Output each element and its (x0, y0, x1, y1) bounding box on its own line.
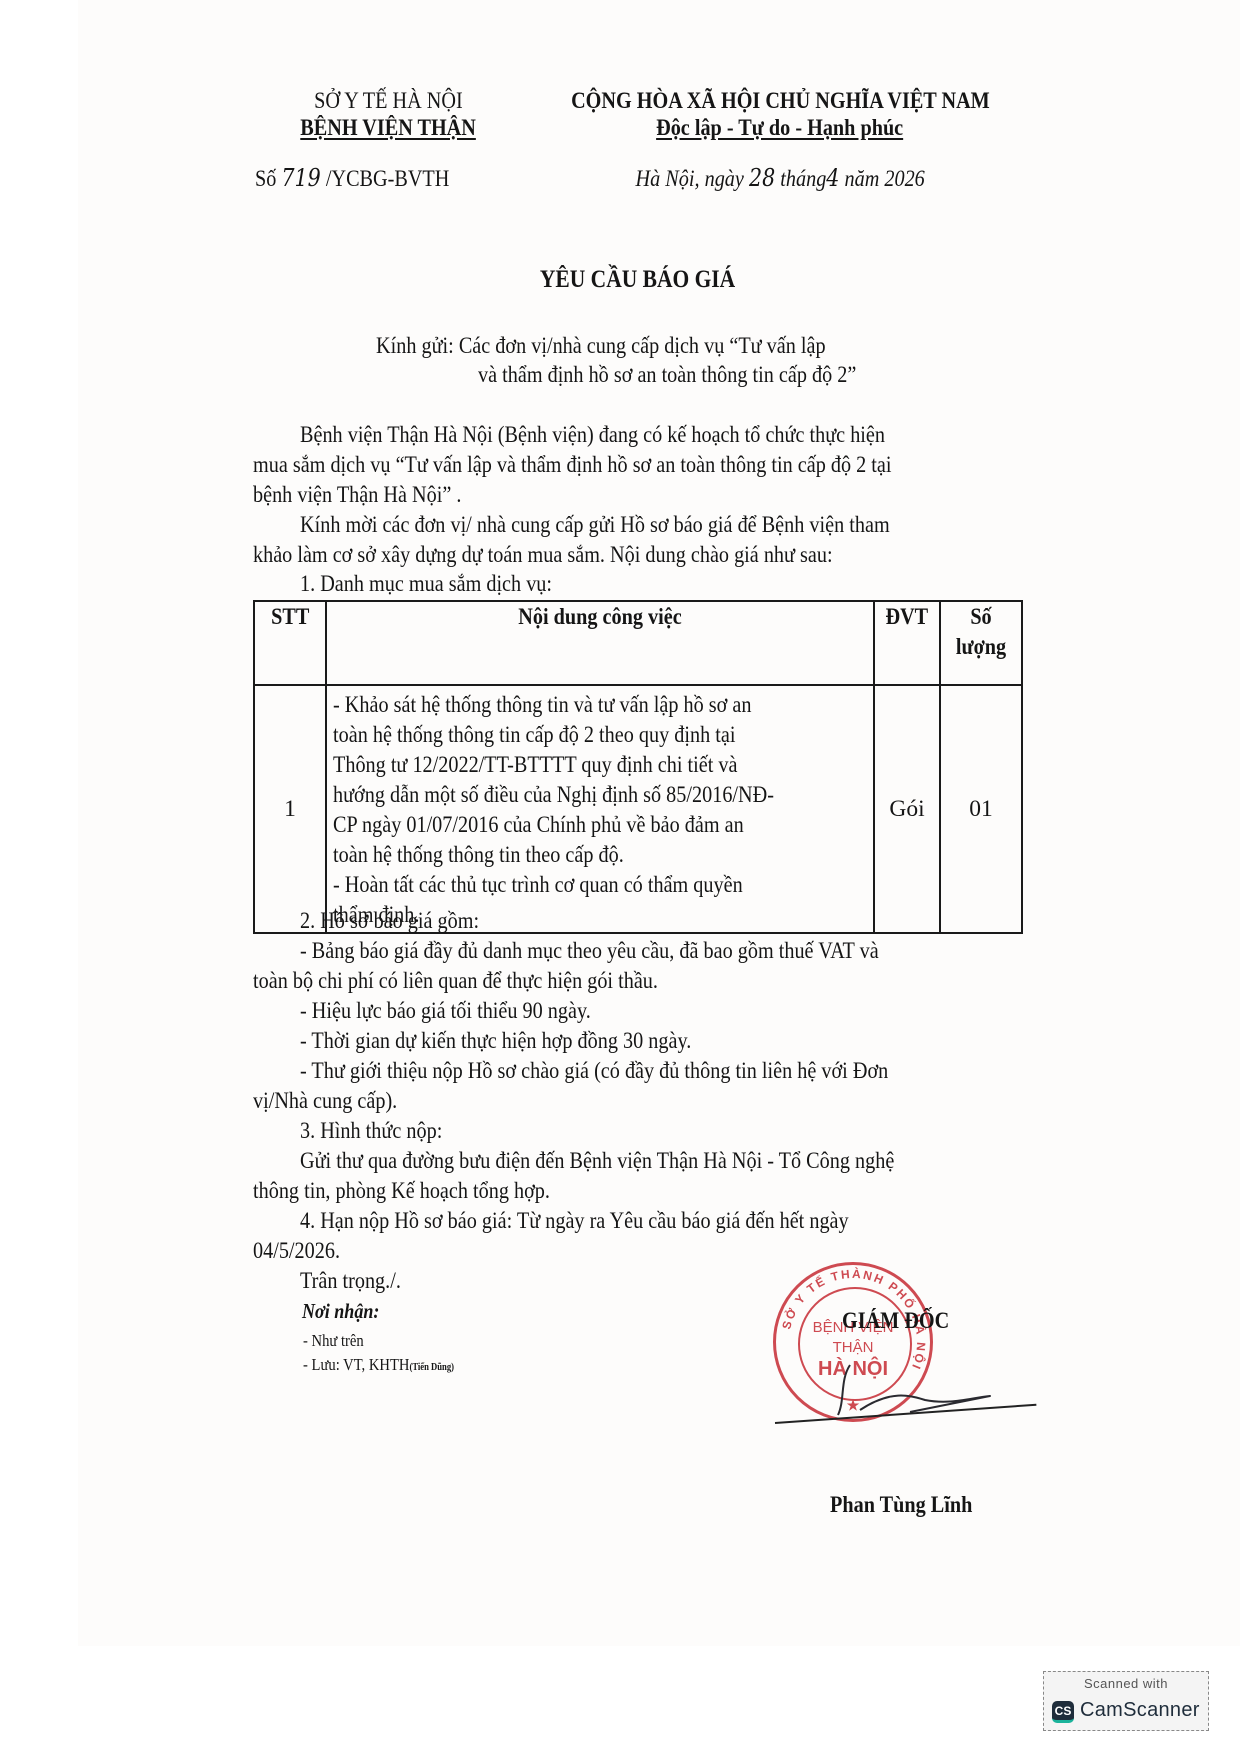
text-line: 4. Hạn nộp Hồ sơ báo giá: Từ ngày ra Yêu… (300, 1206, 849, 1236)
text-line: - Thời gian dự kiến thực hiện hợp đồng 3… (300, 1026, 691, 1056)
section2-item3: - Thời gian dự kiến thực hiện hợp đồng 3… (300, 1026, 755, 1056)
recipient-line-1: Các đơn vị/nhà cung cấp dịch vụ “Tư vấn … (459, 333, 826, 359)
signatory-name: Phan Tùng Lĩnh (830, 1490, 995, 1520)
section2-item2: - Hiệu lực báo giá tối thiểu 90 ngày. (300, 996, 638, 1026)
cell-description: - Khảo sát hệ thống thông tin và tư vấn … (326, 685, 874, 933)
header-stt: STT (254, 601, 326, 685)
text-line: Nơi nhận: (302, 1299, 379, 1324)
recipient-block: Kính gửi: Các đơn vị/nhà cung cấp dịch v… (376, 331, 899, 361)
section2-item4-line1: - Thư giới thiệu nộp Hồ sơ chào giá (có … (300, 1056, 984, 1086)
camscanner-watermark: Scanned with CS CamScanner (1043, 1671, 1209, 1731)
cell-stt: 1 (254, 685, 326, 933)
description-line: Thông tư 12/2022/TT-BTTTT quy định chi t… (333, 750, 792, 780)
closing: Trân trọng./. (300, 1266, 417, 1296)
date-month-label: tháng (780, 166, 826, 192)
recipients-item2: - Lưu: VT, KHTH(Tiến Dũng) (303, 1355, 479, 1375)
stamp-line-2: THẬN (773, 1339, 933, 1356)
table-header-row: STT Nội dung công việc ĐVT Số lượng (254, 601, 1022, 685)
service-items-table: STT Nội dung công việc ĐVT Số lượng 1 - … (253, 600, 1023, 934)
intro-p1-line3: bệnh viện Thận Hà Nội” . (253, 480, 495, 510)
text-line: 3. Hình thức nộp: (300, 1116, 442, 1146)
header-quantity: Số lượng (940, 601, 1022, 685)
description-line: CP ngày 01/07/2016 của Chính phủ về bảo … (333, 810, 792, 840)
text-line: 1. Danh mục mua sắm dịch vụ: (300, 569, 552, 599)
text-line: Phan Tùng Lĩnh (830, 1490, 972, 1520)
text-line: Kính mời các đơn vị/ nhà cung cấp gửi Hồ… (300, 510, 890, 540)
text-line: 2. Hồ sơ báo giá gồm: (300, 906, 479, 936)
recipient-line-2-text: và thẩm định hồ sơ an toàn thông tin cấp… (478, 360, 856, 390)
camscanner-logo-icon: CS (1052, 1701, 1074, 1723)
doc-number-prefix: Số (255, 166, 276, 192)
text-line: 04/5/2026. (253, 1236, 340, 1266)
recipients-label: Nơi nhận: (302, 1299, 392, 1324)
motto-line: Độc lập - Tự do - Hạnh phúc (656, 113, 903, 143)
date-month-handwritten: 4 (826, 164, 839, 192)
text-line: bệnh viện Thận Hà Nội” . (253, 480, 461, 510)
header-description: Nội dung công việc (326, 601, 874, 685)
header-unit: ĐVT (874, 601, 940, 685)
description-line: - Khảo sát hệ thống thông tin và tư vấn … (333, 690, 792, 720)
text-line: mua sắm dịch vụ “Tư vấn lập và thẩm định… (253, 450, 891, 480)
section2-item4-line2: vị/Nhà cung cấp). (253, 1086, 421, 1116)
text-line: - Bảng báo giá đầy đủ danh mục theo yêu … (300, 936, 879, 966)
intro-p2-line2: khảo làm cơ sở xây dựng dự toán mua sắm.… (253, 540, 927, 570)
text-line: GIÁM ĐỐC (842, 1306, 949, 1336)
document-date: Hà Nội, ngày 28 tháng4 năm 2026 (520, 163, 1040, 194)
signature-position: GIÁM ĐỐC (842, 1306, 967, 1336)
nation-line: CỘNG HÒA XÃ HỘI CHỦ NGHĨA VIỆT NAM (571, 86, 990, 116)
recipient-note: (Tiến Dũng) (409, 1362, 454, 1373)
text-line: - Như trên (303, 1331, 364, 1351)
intro-p1-line1: Bệnh viện Thận Hà Nội (Bệnh viện) đang c… (300, 420, 980, 450)
section3-line2: thông tin, phòng Kế hoạch tổng hợp. (253, 1176, 598, 1206)
recipients-item1: - Như trên (303, 1331, 374, 1351)
section2-item1-line2: toàn bộ chi phí có liên quan để thực hiệ… (253, 966, 724, 996)
watermark-caption: Scanned with (1044, 1676, 1208, 1691)
national-title: CỘNG HÒA XÃ HỘI CHỦ NGHĨA VIỆT NAM (520, 86, 1040, 116)
description-line: hướng dẫn một số điều của Nghị định số 8… (333, 780, 792, 810)
intro-p2-line1: Kính mời các đơn vị/ nhà cung cấp gửi Hồ… (300, 510, 986, 540)
watermark-brand: CamScanner (1080, 1699, 1200, 1722)
text-line: khảo làm cơ sở xây dựng dự toán mua sắm.… (253, 540, 833, 570)
text-line: - Hiệu lực báo giá tối thiểu 90 ngày. (300, 996, 591, 1026)
agency-name: SỞ Y TẾ HÀ NỘI (253, 86, 523, 116)
date-day-handwritten: 28 (749, 164, 775, 192)
section4-line2: 04/5/2026. (253, 1236, 354, 1266)
hospital-name: BỆNH VIỆN THẬN (253, 113, 523, 143)
text-line: toàn bộ chi phí có liên quan để thực hiệ… (253, 966, 658, 996)
date-year: năm 2026 (844, 166, 924, 192)
handwritten-signature-icon (830, 1360, 1030, 1430)
description-line: toàn hệ thống thông tin theo cấp độ. (333, 840, 792, 870)
document-title: YÊU CẦU BÁO GIÁ (253, 266, 1023, 294)
title-text: YÊU CẦU BÁO GIÁ (540, 266, 735, 294)
description-line: - Hoàn tất các thủ tục trình cơ quan có … (333, 870, 792, 900)
cell-unit: Gói (874, 685, 940, 933)
table-row: 1 - Khảo sát hệ thống thông tin và tư vấ… (254, 685, 1022, 933)
section3-heading: 3. Hình thức nộp: (300, 1116, 465, 1146)
section1-heading: 1. Danh mục mua sắm dịch vụ: (300, 569, 593, 599)
national-motto: Độc lập - Tự do - Hạnh phúc (520, 113, 1040, 143)
recipient-line-2: và thẩm định hồ sơ an toàn thông tin cấp… (478, 360, 918, 390)
intro-p1-line2: mua sắm dịch vụ “Tư vấn lập và thẩm định… (253, 450, 995, 480)
agency-line: SỞ Y TẾ HÀ NỘI (314, 86, 463, 116)
date-prefix: Hà Nội, ngày (635, 166, 743, 192)
section3-line1: Gửi thư qua đường bưu điện đến Bệnh viện… (300, 1146, 991, 1176)
text-line: Trân trọng./. (300, 1266, 401, 1296)
section4-line1: 4. Hạn nộp Hồ sơ báo giá: Từ ngày ra Yêu… (300, 1206, 938, 1236)
recipient-label: Kính gửi: (376, 333, 454, 359)
section2-item1-line1: - Bảng báo giá đầy đủ danh mục theo yêu … (300, 936, 973, 966)
cell-quantity: 01 (940, 685, 1022, 933)
doc-number-suffix: /YCBG-BVTH (326, 166, 450, 192)
text-line: vị/Nhà cung cấp). (253, 1086, 397, 1116)
text-line: thông tin, phòng Kế hoạch tổng hợp. (253, 1176, 550, 1206)
hospital-line: BỆNH VIỆN THẬN (300, 113, 476, 143)
doc-number-handwritten: 719 (281, 164, 320, 192)
description-line: toàn hệ thống thông tin cấp độ 2 theo qu… (333, 720, 792, 750)
text-line: Bệnh viện Thận Hà Nội (Bệnh viện) đang c… (300, 420, 885, 450)
text-line: Gửi thư qua đường bưu điện đến Bệnh viện… (300, 1146, 894, 1176)
text-line: - Lưu: VT, KHTH (303, 1355, 409, 1374)
document-number: Số 719 /YCBG-BVTH (255, 163, 481, 194)
text-line: - Thư giới thiệu nộp Hồ sơ chào giá (có … (300, 1056, 888, 1086)
section2-heading: 2. Hồ sơ báo giá gồm: (300, 906, 508, 936)
